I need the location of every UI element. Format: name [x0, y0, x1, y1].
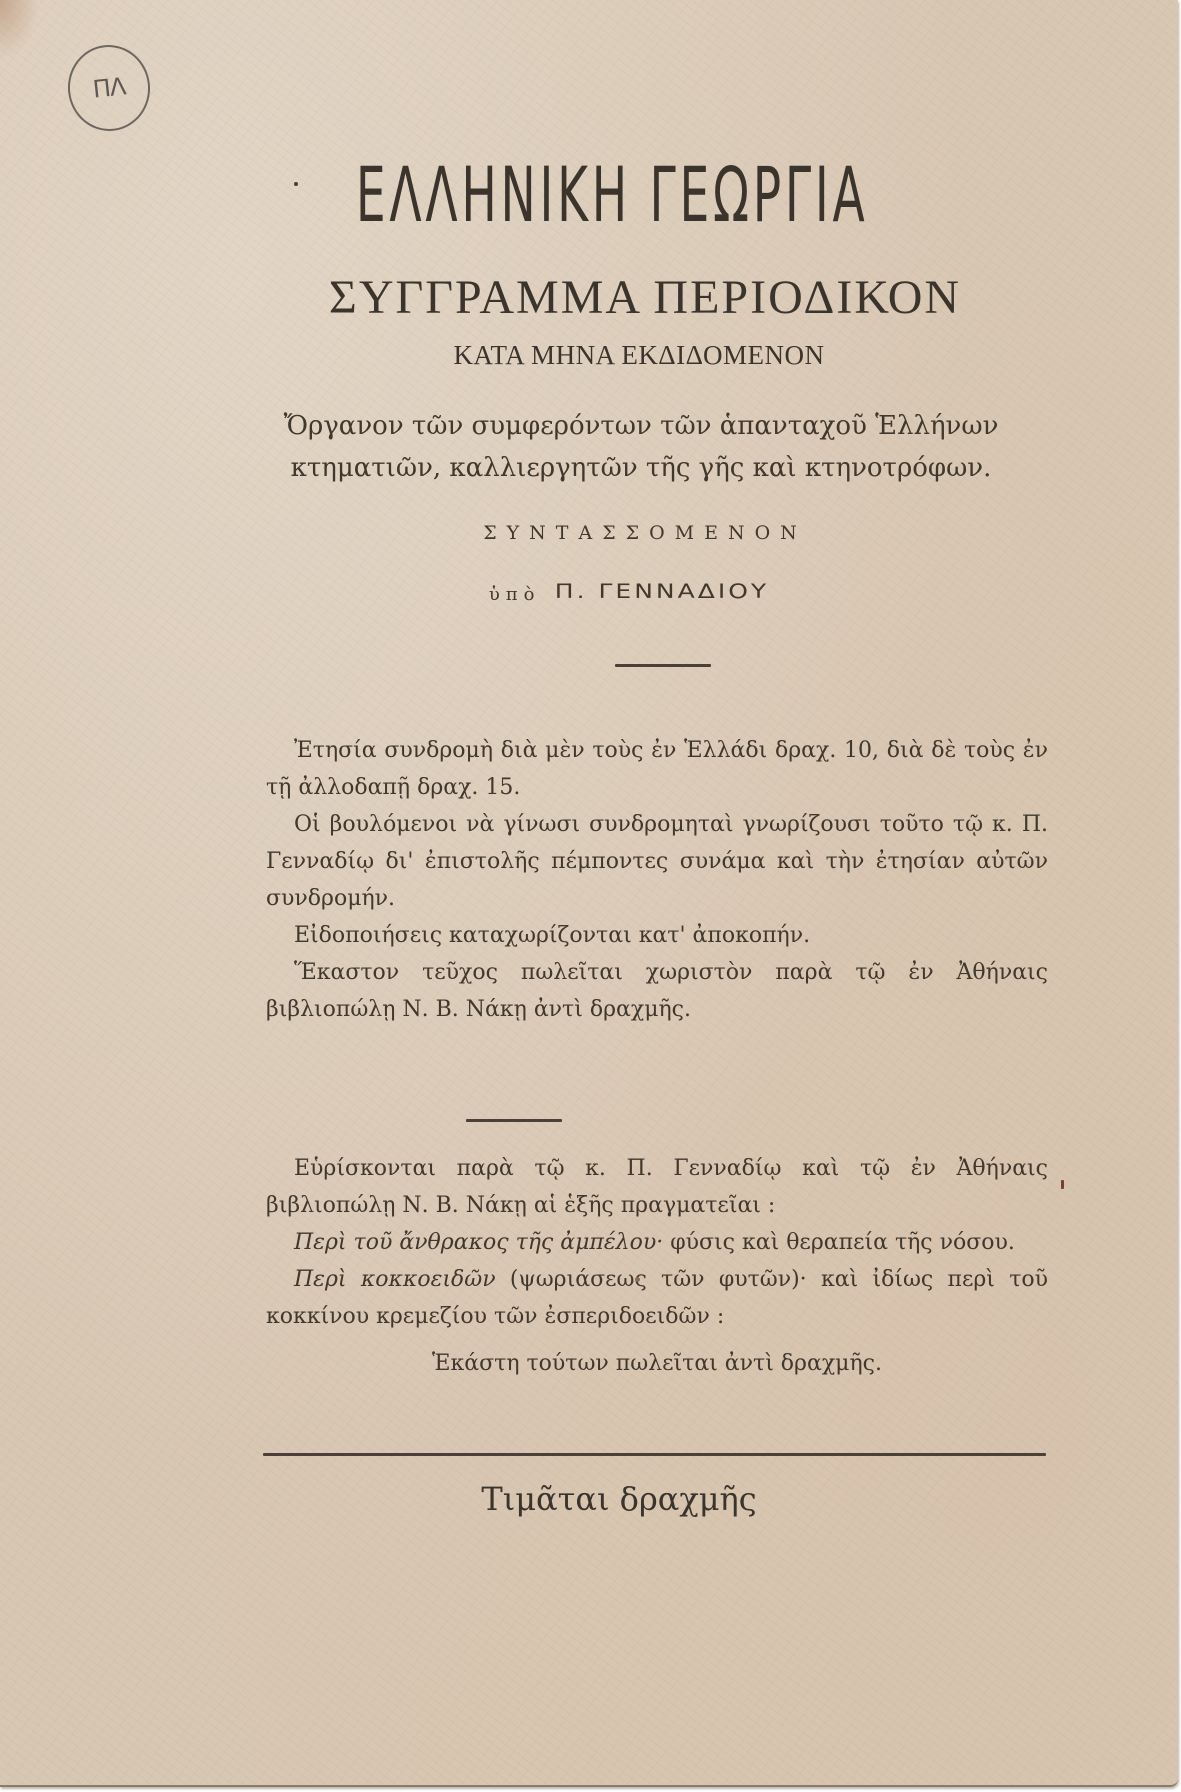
publication-title: Περὶ τοῦ ἄνθρακος τῆς ἀμπέλου·	[294, 1230, 663, 1255]
publications-list: Εὑρίσκονται παρὰ τῷ κ. Π. Γενναδίῳ καὶ τ…	[266, 1150, 1048, 1382]
author-prefix: ὑπὸ	[489, 584, 541, 605]
purpose-line-1: Ὄργανον τῶν συμφερόντων τῶν ἁπανταχοῦ Ἑλ…	[52, 405, 1181, 447]
purpose-line-2: κτηματιῶν, καλλιεργητῶν τῆς γῆς καὶ κτην…	[52, 447, 1181, 489]
document-page: ΠΛ ΕΛΛΗΝΙΚΗ ΓΕΩΡΓΙΑ ΣΥΓΓΡΑΜΜΑ ΠΕΡΙΟΔΙΚΟΝ…	[0, 0, 1178, 1787]
subscription-paragraph: Ἕκαστον τεῦχος πωλεῖται χωριστὸν παρὰ τῷ…	[266, 954, 1048, 1028]
compiled-label: ΣΥΝΤΑΣΣΟΜΕΝΟΝ	[56, 522, 1181, 544]
section-divider-short	[615, 664, 711, 667]
publication-title: Περὶ κοκκοειδῶν	[294, 1267, 496, 1292]
section-divider-short	[466, 1119, 562, 1122]
journal-title: ΕΛΛΗΝΙΚΗ ΓΕΩΡΓΙΑ	[247, 150, 977, 239]
author-name: Π. ΓΕΝΝΑΔΙΟΥ	[555, 580, 769, 603]
purpose-statement: Ὄργανον τῶν συμφερόντων τῶν ἁπανταχοῦ Ἑλ…	[52, 405, 1181, 489]
subscription-info: Ἐτησία συνδρομὴ διὰ μὲν τοὺς ἐν Ἑλλάδι δ…	[266, 732, 1048, 1028]
issue-price: Τιμᾶται δραχμῆς	[30, 1480, 1181, 1518]
corner-wear	[0, 0, 40, 60]
handwritten-circled-stamp: ΠΛ	[64, 41, 155, 135]
ink-speck	[1061, 1180, 1064, 1189]
subscription-paragraph: Οἱ βουλόμενοι νὰ γίνωσι συνδρομηταὶ γνωρ…	[266, 806, 1048, 917]
publication-description: φύσις καὶ θεραπεία τῆς νόσου.	[663, 1230, 1015, 1255]
subscription-paragraph: Ἐτησία συνδρομὴ διὰ μὲν τοὺς ἐν Ἑλλάδι δ…	[266, 732, 1048, 806]
publication-item: Περὶ κοκκοειδῶν (ψωριάσεως τῶν φυτῶν)· κ…	[266, 1261, 1048, 1335]
publications-intro: Εὑρίσκονται παρὰ τῷ κ. Π. Γενναδίῳ καὶ τ…	[266, 1150, 1048, 1224]
subscription-paragraph: Εἰδοποιήσεις καταχωρίζονται κατ' ἀποκοπή…	[266, 917, 1048, 954]
each-price-note: Ἑκάστη τούτων πωλεῖται ἀντὶ δραχμῆς.	[266, 1345, 1048, 1382]
stamp-text: ΠΛ	[91, 72, 126, 103]
ink-speck	[635, 1277, 640, 1282]
journal-subtitle: ΣΥΓΓΡΑΜΜΑ ΠΕΡΙΟΔΙΚΟΝ	[56, 270, 1181, 325]
publication-item: Περὶ τοῦ ἄνθρακος τῆς ἀμπέλου· φύσις καὶ…	[266, 1224, 1048, 1261]
section-divider-long	[263, 1453, 1046, 1456]
author-line: ὑπὸ Π. ΓΕΝΝΑΔΙΟΥ	[40, 577, 1181, 606]
publication-frequency: ΚΑΤΑ ΜΗΝΑ ΕΚΔΙΔΟΜΕΝΟΝ	[50, 340, 1181, 371]
